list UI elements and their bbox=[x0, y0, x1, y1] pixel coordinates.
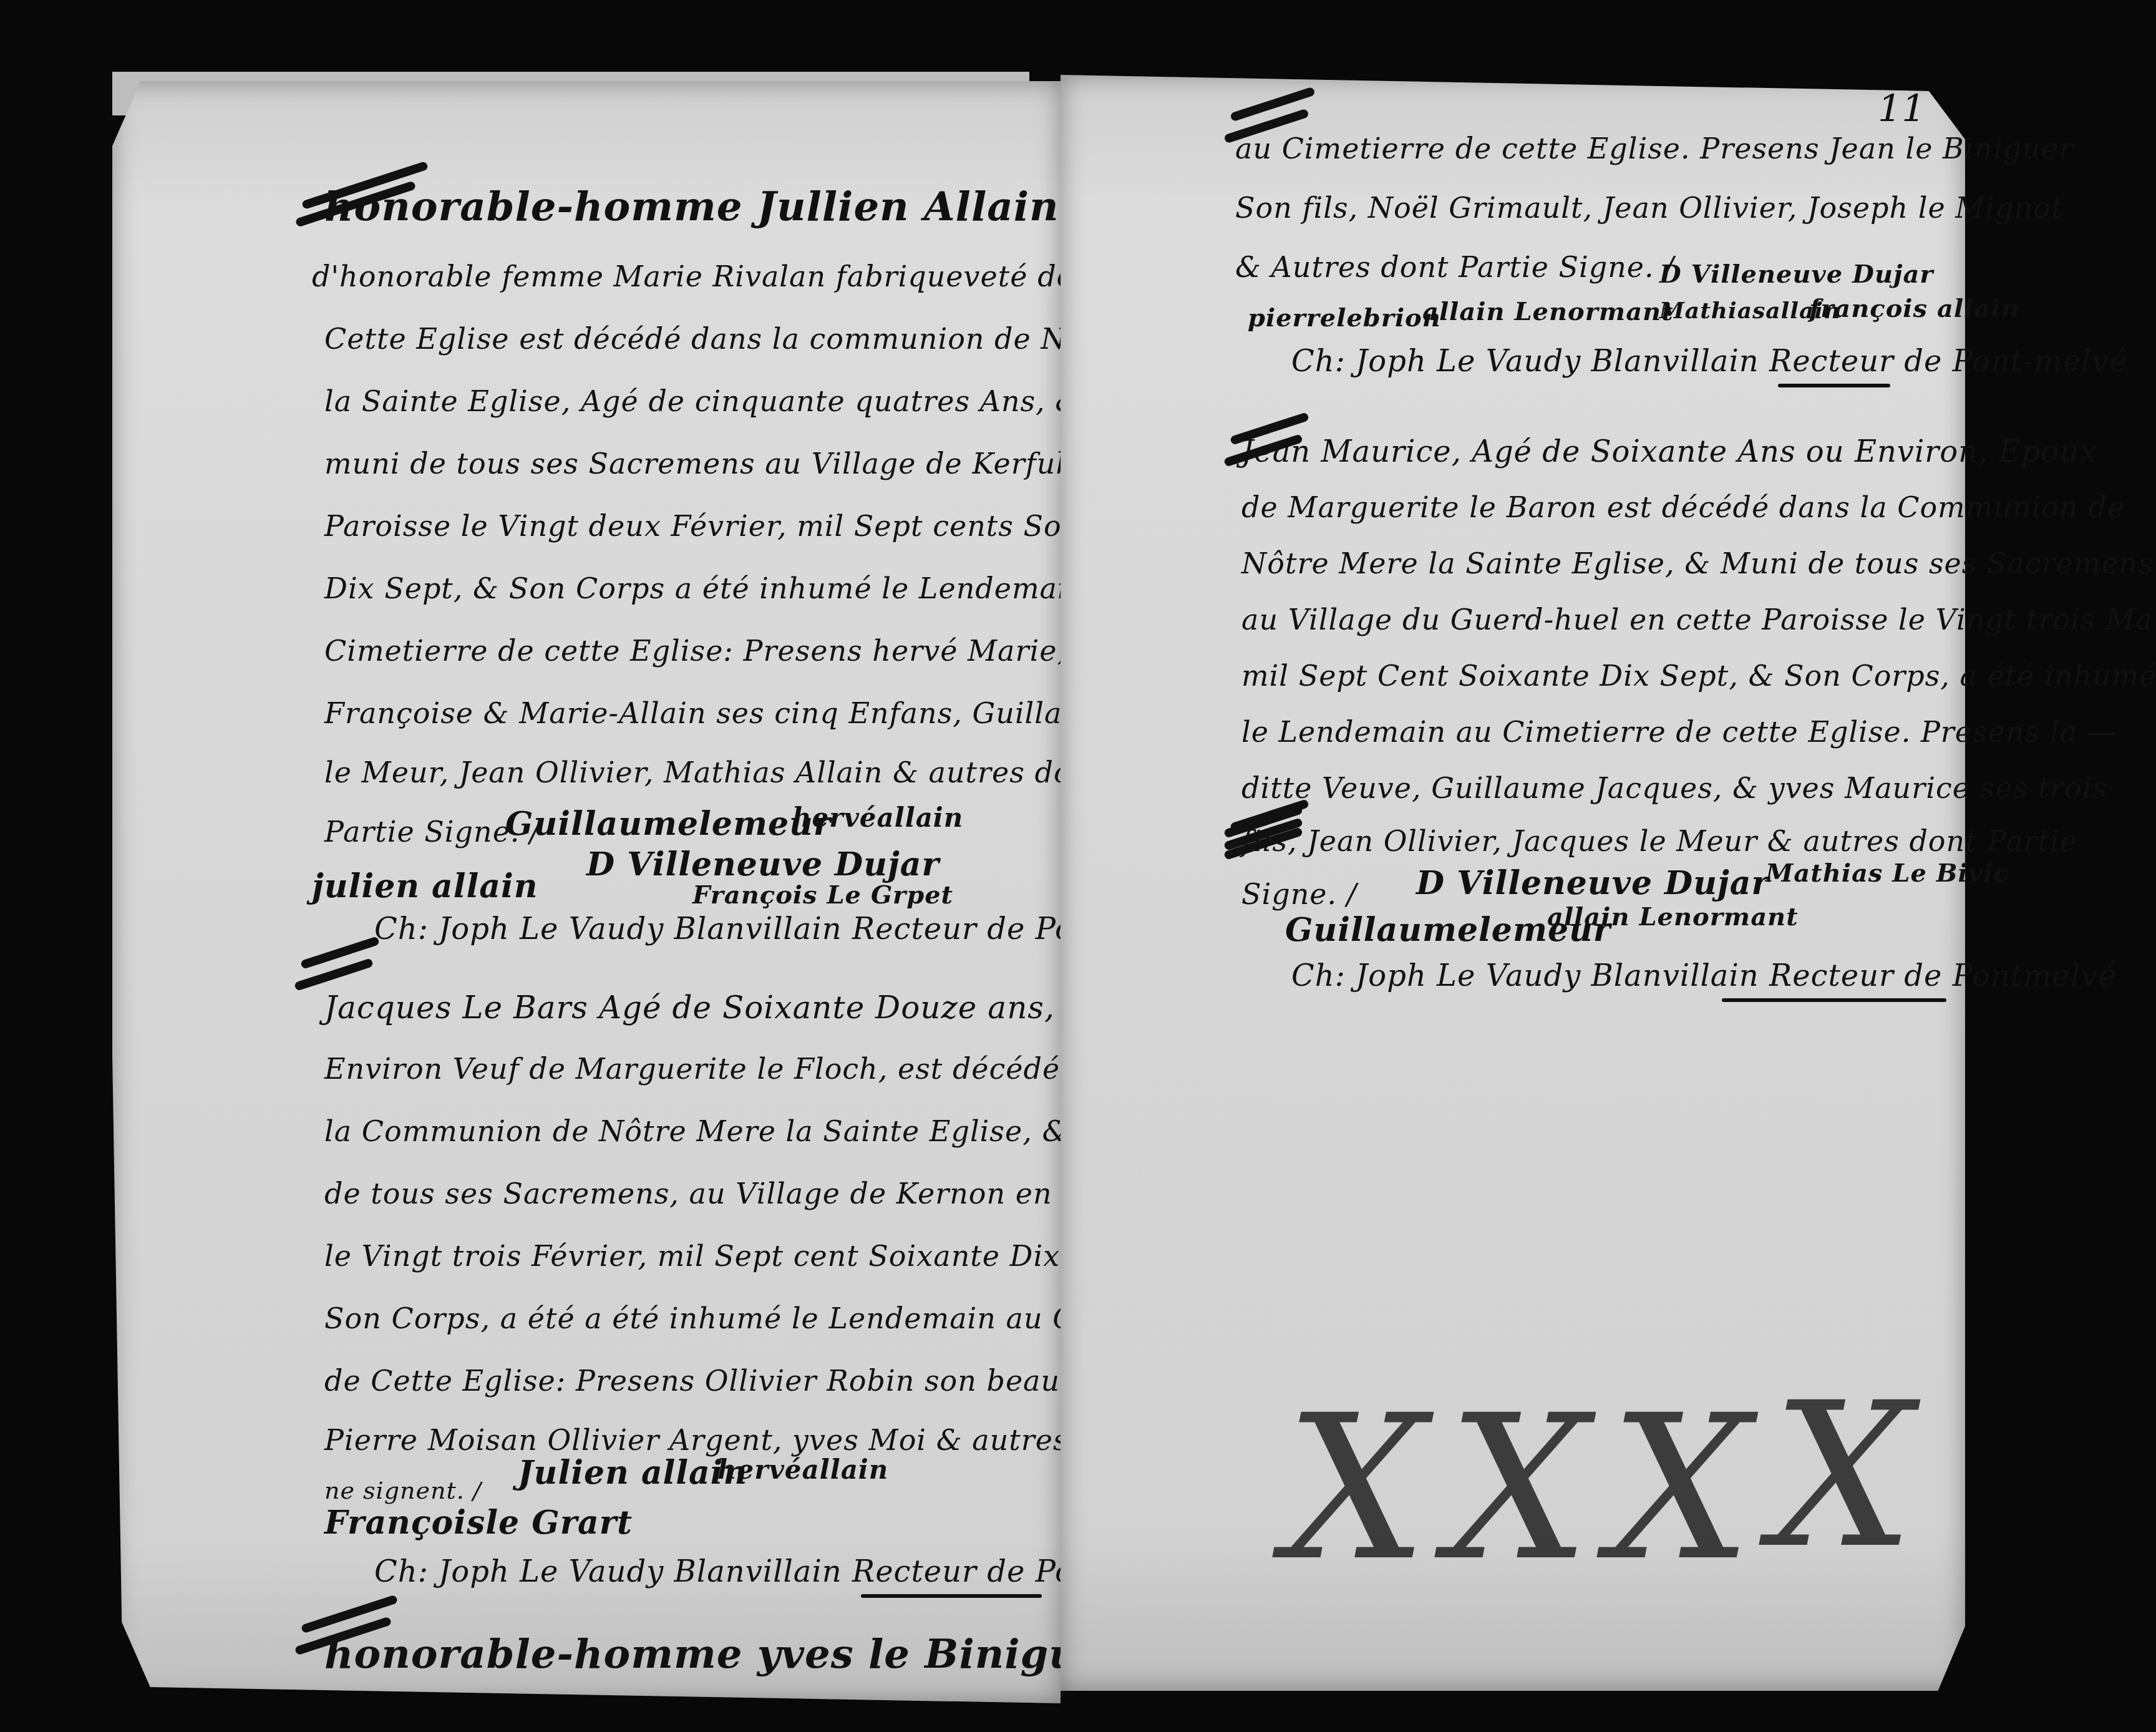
curate-underline bbox=[1722, 998, 1946, 1002]
signature: François Le Grpet bbox=[692, 883, 953, 908]
entry-line: Paroisse le Vingt deux Février, mil Sept… bbox=[324, 512, 1155, 540]
entry-line: Cimetierre de cette Eglise: Presens herv… bbox=[324, 636, 1153, 665]
signature: hervéallain bbox=[717, 1457, 888, 1483]
entry-line: mil Sept Cent Soixante Dix Sept, & Son C… bbox=[1241, 661, 2156, 690]
entry-line: Environ Veuf de Marguerite le Floch, est… bbox=[324, 1054, 1180, 1083]
entry-line: Dix Sept, & Son Corps a été inhumé le Le… bbox=[324, 574, 1172, 603]
signature: D Villeneuve Dujar bbox=[1416, 867, 1769, 900]
entry-line: d'honorable femme Marie Rivalan fabrique… bbox=[312, 262, 1074, 291]
closing-x-mark: X bbox=[1285, 1373, 1427, 1605]
closing-x-mark: X bbox=[1772, 1360, 1914, 1592]
closing-x-mark: X bbox=[1447, 1373, 1590, 1605]
signature: Françoisle Grart bbox=[324, 1507, 633, 1539]
signature: françois allain bbox=[1809, 296, 2019, 321]
entry-line: au Cimetierre de cette Eglise. Presens J… bbox=[1235, 134, 2073, 163]
signature: Julien allain bbox=[518, 1457, 747, 1489]
closing-x-mark: X bbox=[1610, 1373, 1752, 1605]
entry-line: ditte Veuve, Guillaume Jacques, & yves M… bbox=[1241, 774, 2107, 802]
folio-number: 11 bbox=[1878, 87, 1925, 131]
signature: allain Lenormant bbox=[1422, 299, 1674, 324]
entry-heading: Jean Maurice, Agé de Soixante Ans ou Env… bbox=[1241, 437, 2097, 467]
entry-line: au Village du Guerd-huel en cette Parois… bbox=[1241, 605, 2156, 634]
signature: Guillaumelemeur bbox=[505, 808, 831, 840]
signature: Mathias Le Bivic bbox=[1765, 861, 2009, 886]
curate-signature: Ch: Joph Le Vaudy Blanvillain Recteur de… bbox=[1291, 346, 2127, 376]
entry-line: fils, Jean Ollivier, Jacques le Meur & a… bbox=[1241, 827, 2077, 855]
signature: D Villeneuve Dujar bbox=[586, 849, 940, 881]
entry-line: le Vingt trois Février, mil Sept cent So… bbox=[324, 1242, 1185, 1270]
curate-underline bbox=[861, 1594, 1042, 1598]
curate-underline bbox=[1778, 384, 1890, 387]
entry-heading: Jacques Le Bars Agé de Soixante Douze an… bbox=[324, 992, 1105, 1023]
entry-line: la Sainte Eglise, Agé de cinquante quatr… bbox=[324, 387, 1120, 416]
entry-line: de Marguerite le Baron est décédé dans l… bbox=[1241, 493, 2125, 522]
entry-line: Pierre Moisan Ollivier Argent, yves Moi … bbox=[324, 1426, 1126, 1454]
entry-line: de Cette Eglise: Presens Ollivier Robin … bbox=[324, 1366, 1155, 1395]
entry-line: Nôtre Mere la Sainte Eglise, & Muni de t… bbox=[1241, 549, 2154, 578]
signature: julien allain bbox=[312, 870, 538, 903]
entry-heading: honorable-homme yves le Biniguer- bbox=[324, 1635, 1144, 1675]
entry-line: ne signent. / bbox=[324, 1479, 482, 1502]
signature: allain Lenormant bbox=[1547, 905, 1799, 930]
entry-line: Signe. / bbox=[1241, 880, 1357, 908]
entry-line: Son fils, Noël Grimault, Jean Ollivier, … bbox=[1235, 193, 2063, 222]
signature: D Villeneuve Dujar bbox=[1659, 262, 1933, 287]
signature: hervéallain bbox=[792, 805, 963, 831]
entry-line: & Autres dont Partie Signe. / bbox=[1235, 253, 1674, 281]
signature: pierrelebrion bbox=[1248, 306, 1441, 331]
curate-signature: Ch: Joph Le Vaudy Blanvillain Recteur de… bbox=[1291, 961, 2117, 991]
entry-line: le Meur, Jean Ollivier, Mathias Allain &… bbox=[324, 758, 1103, 787]
entry-line: le Lendemain au Cimetierre de cette Egli… bbox=[1241, 718, 2117, 746]
entry-line: Françoise & Marie-Allain ses cinq Enfans… bbox=[324, 699, 1127, 727]
